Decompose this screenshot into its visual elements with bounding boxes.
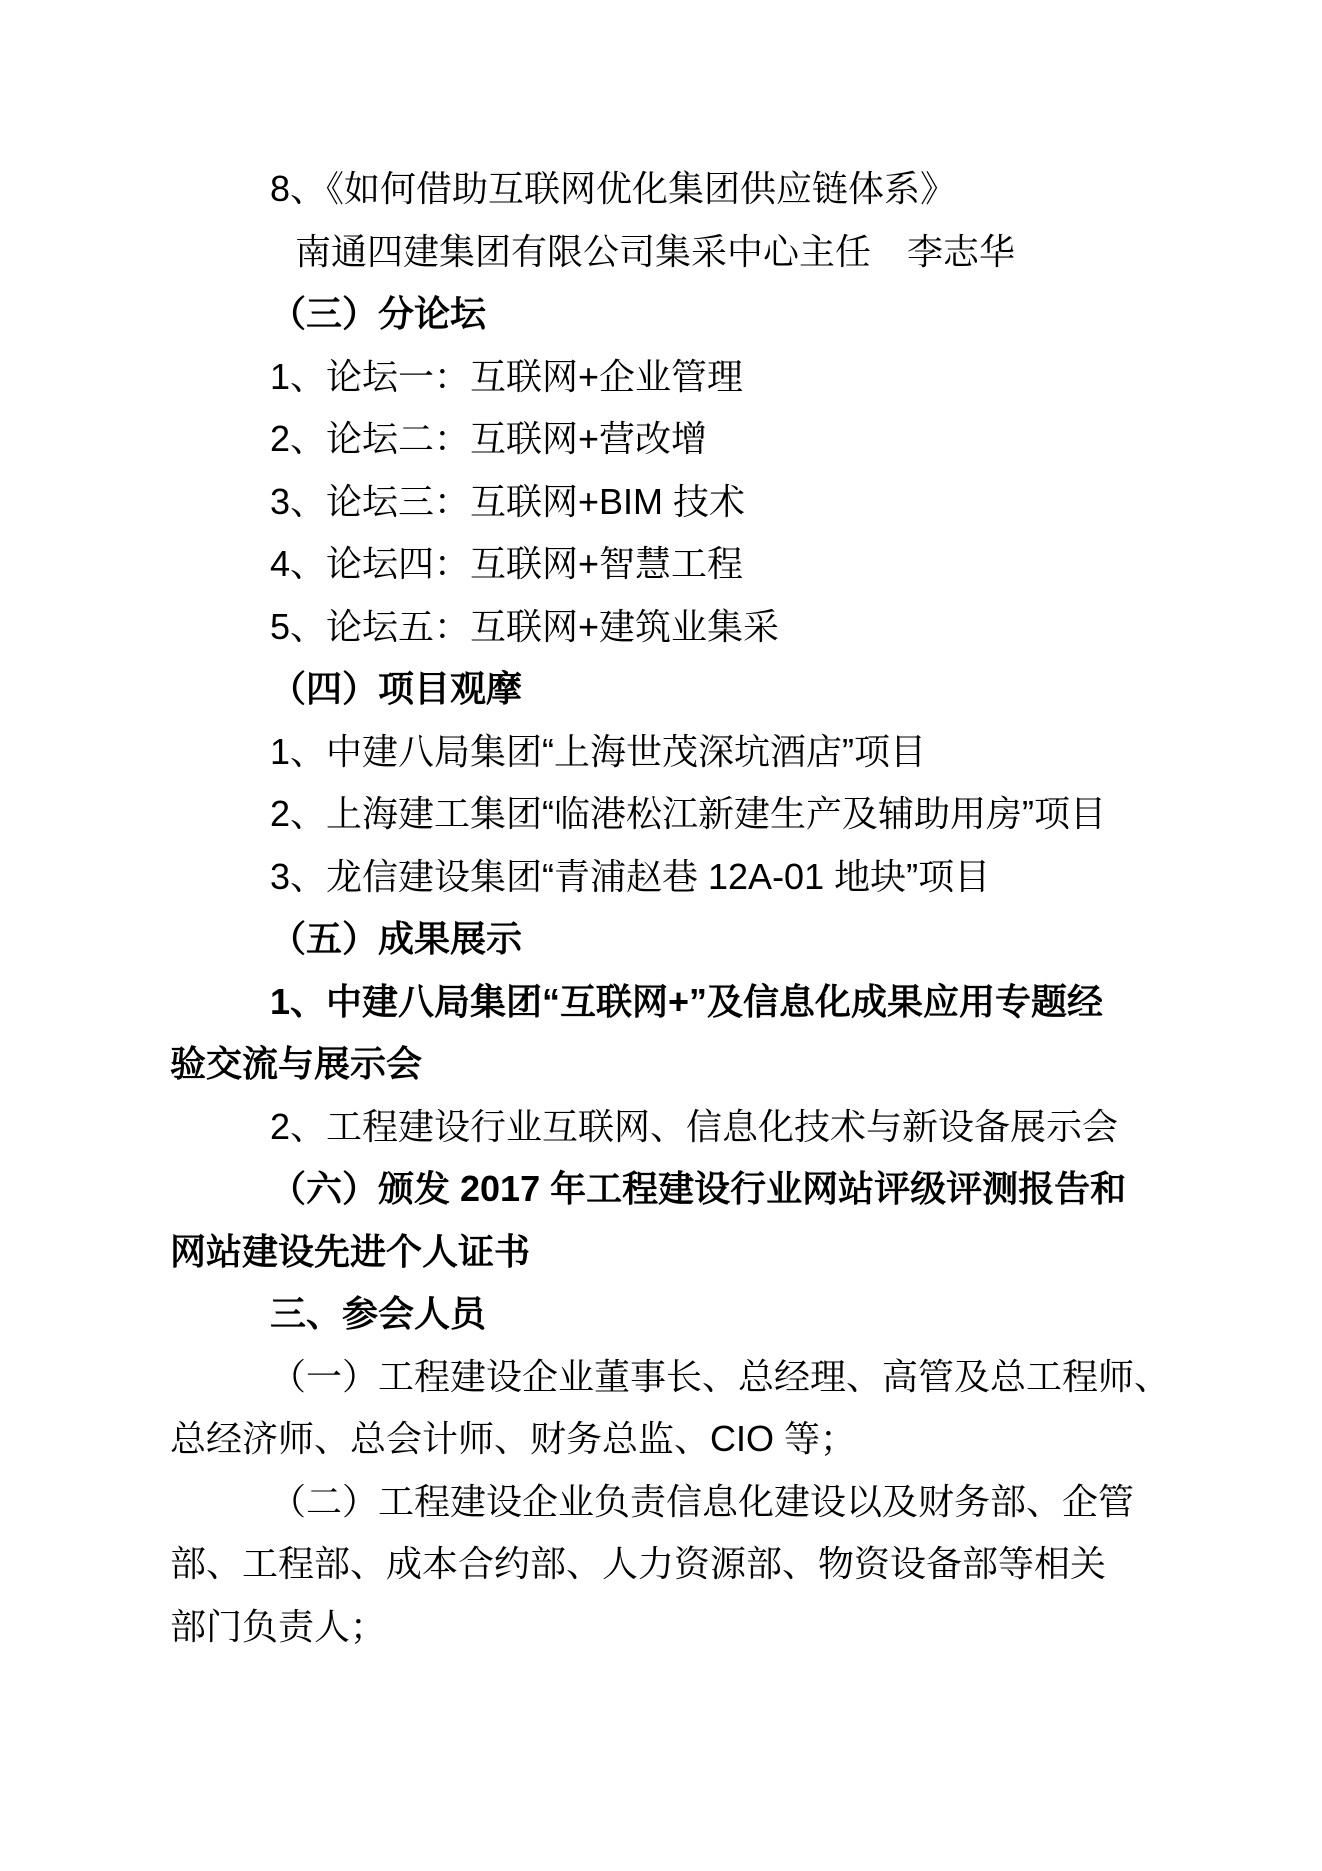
- achievement-item-1-line-2: 验交流与展示会: [170, 1033, 1164, 1096]
- participant-item-2-line-2: 部、工程部、成本合约部、人力资源部、物资设备部等相关: [170, 1533, 1164, 1596]
- forum-item-1: 1、论坛一：互联网+企业管理: [170, 346, 1164, 409]
- heading-section-6-awards-line-2: 网站建设先进个人证书: [170, 1221, 1164, 1284]
- document-content: 8、《如何借助互联网优化集团供应链体系》 南通四建集团有限公司集采中心主任 李志…: [170, 158, 1164, 1658]
- heading-section-3-sub-forums: （三）分论坛: [170, 283, 1164, 346]
- forum-item-4: 4、论坛四：互联网+智慧工程: [170, 533, 1164, 596]
- participant-item-1-line-2: 总经济师、总会计师、财务总监、CIO 等；: [170, 1408, 1164, 1471]
- participant-item-2-line-1: （二）工程建设企业负责信息化建设以及财务部、企管: [170, 1471, 1164, 1534]
- achievement-item-2: 2、工程建设行业互联网、信息化技术与新设备展示会: [170, 1096, 1164, 1159]
- agenda-item-8-title: 8、《如何借助互联网优化集团供应链体系》: [170, 158, 1164, 221]
- project-item-1: 1、中建八局集团“上海世茂深坑酒店”项目: [170, 721, 1164, 784]
- heading-section-6-awards-line-1: （六）颁发 2017 年工程建设行业网站评级评测报告和: [170, 1158, 1164, 1221]
- forum-item-3: 3、论坛三：互联网+BIM 技术: [170, 471, 1164, 534]
- forum-item-5: 5、论坛五：互联网+建筑业集采: [170, 596, 1164, 659]
- heading-section-4-project-visits: （四）项目观摩: [170, 658, 1164, 721]
- participant-item-2-line-3: 部门负责人；: [170, 1596, 1164, 1659]
- document-page: 8、《如何借助互联网优化集团供应链体系》 南通四建集团有限公司集采中心主任 李志…: [0, 0, 1322, 1871]
- achievement-item-1-line-1: 1、中建八局集团“互联网+”及信息化成果应用专题经: [170, 971, 1164, 1034]
- agenda-item-8-speaker: 南通四建集团有限公司集采中心主任 李志华: [170, 221, 1164, 284]
- heading-section-5-achievements: （五）成果展示: [170, 908, 1164, 971]
- project-item-3: 3、龙信建设集团“青浦赵巷 12A-01 地块”项目: [170, 846, 1164, 909]
- project-item-2: 2、上海建工集团“临港松江新建生产及辅助用房”项目: [170, 783, 1164, 846]
- heading-part-3-participants: 三、参会人员: [170, 1283, 1164, 1346]
- forum-item-2: 2、论坛二：互联网+营改增: [170, 408, 1164, 471]
- participant-item-1-line-1: （一）工程建设企业董事长、总经理、高管及总工程师、: [170, 1346, 1164, 1409]
